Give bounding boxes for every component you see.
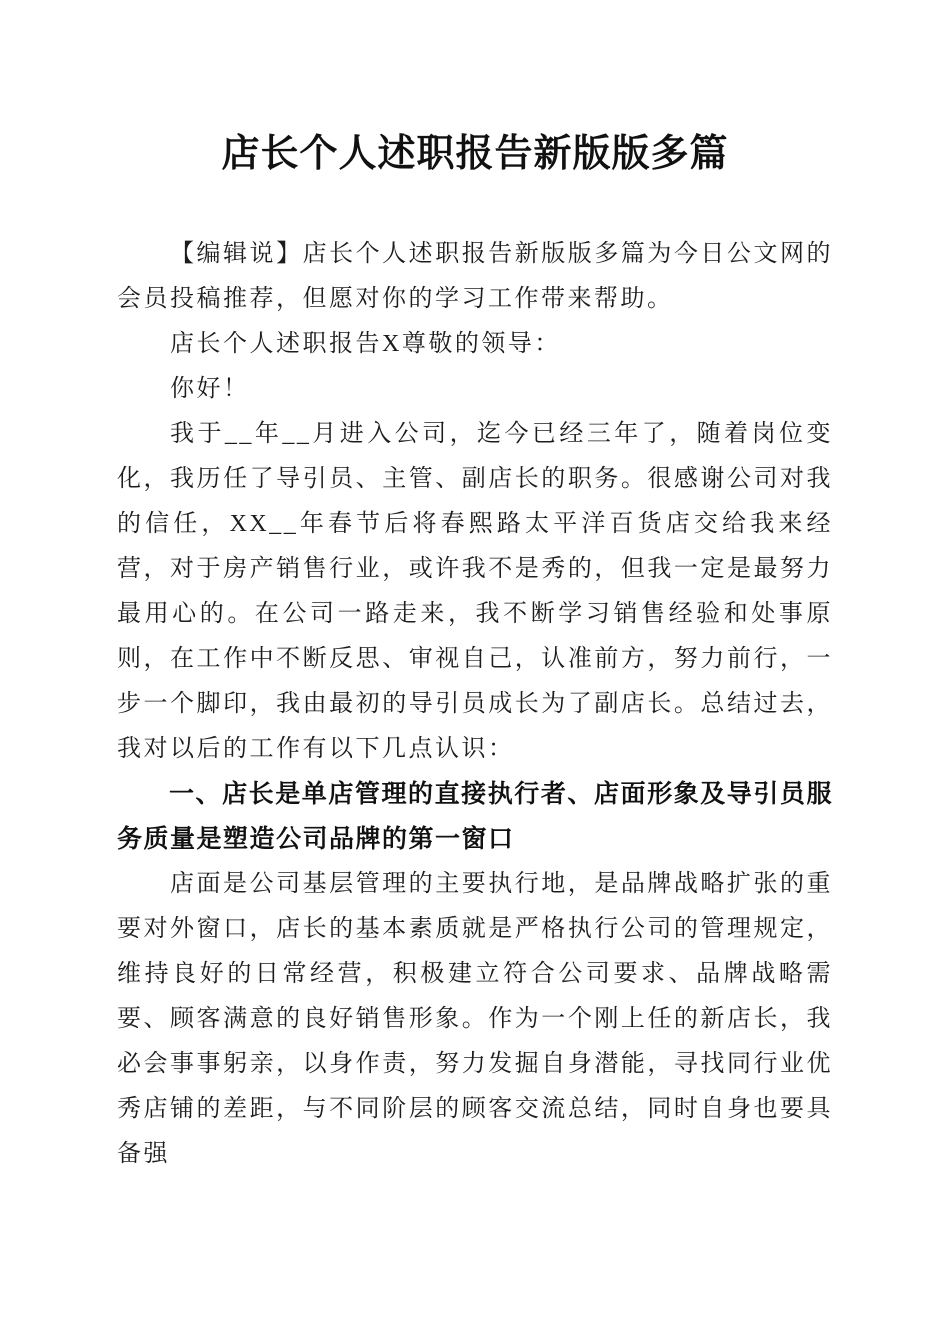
document-page: 店长个人述职报告新版版多篇 【编辑说】店长个人述职报告新版版多篇为今日公文网的会… xyxy=(0,0,950,1344)
paragraph-section-1-body: 店面是公司基层管理的主要执行地，是品牌战略扩张的重要对外窗口，店长的基本素质就是… xyxy=(117,862,833,1177)
paragraph-introduction: 我于__年__月进入公司，迄今已经三年了，随着岗位变化，我历任了导引员、主管、副… xyxy=(117,412,833,772)
paragraph-greeting: 你好！ xyxy=(117,367,833,412)
paragraph-salutation: 店长个人述职报告X尊敬的领导： xyxy=(117,322,833,367)
section-heading-1: 一、店长是单店管理的直接执行者、店面形象及导引员服务质量是塑造公司品牌的第一窗口 xyxy=(117,772,833,862)
document-title: 店长个人述职报告新版版多篇 xyxy=(117,0,833,184)
paragraph-editor-note: 【编辑说】店长个人述职报告新版版多篇为今日公文网的会员投稿推荐，但愿对你的学习工… xyxy=(117,232,833,322)
document-content: 店长个人述职报告新版版多篇 【编辑说】店长个人述职报告新版版多篇为今日公文网的会… xyxy=(0,0,950,1177)
